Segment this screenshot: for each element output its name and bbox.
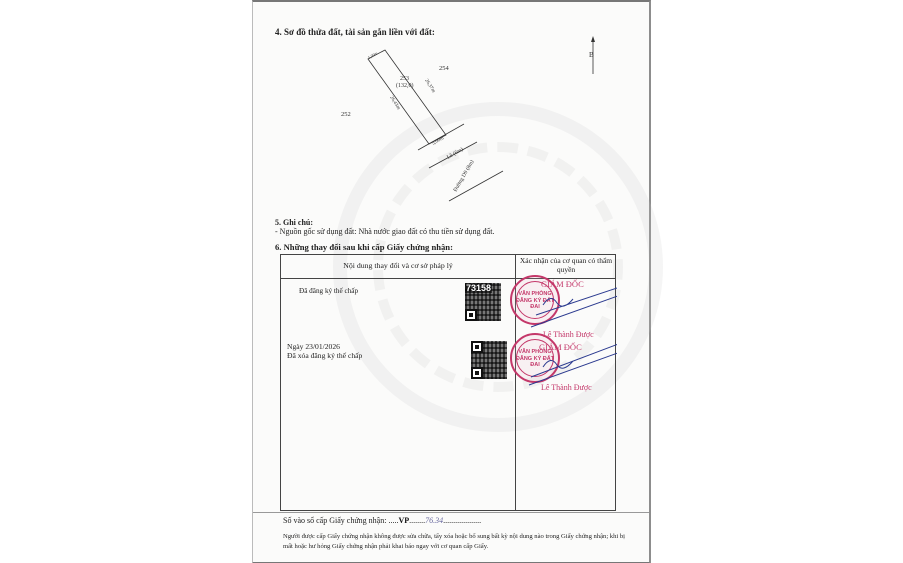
left-length: 26,43m bbox=[388, 95, 400, 111]
top-width: 5,00m bbox=[367, 50, 380, 61]
section-5-note: - Nguồn gốc sử dụng đất: Nhà nước giao đ… bbox=[275, 227, 494, 236]
land-plot-diagram: B 5,00m 253 (132,0) 26,37m 26,43m 5,00m … bbox=[253, 2, 649, 217]
registry-label: Số vào sổ cấp Giấy chứng nhận: bbox=[283, 516, 386, 525]
warning-note: Người được cấp Giấy chứng nhận không đượ… bbox=[283, 532, 633, 551]
signatures bbox=[281, 255, 617, 512]
registry-number: 76.34 bbox=[425, 516, 443, 525]
registry-prefix: VP bbox=[398, 516, 409, 525]
sidewalk-label: Lề (6m) bbox=[446, 146, 465, 161]
parcel-area: (132,0) bbox=[396, 82, 414, 89]
section-5-title: 5. Ghi chú: bbox=[275, 218, 313, 227]
neighbor-left: 252 bbox=[341, 111, 351, 118]
bottom-width: 5,00m bbox=[432, 136, 446, 147]
north-label: B bbox=[589, 51, 594, 59]
section-6-title: 6. Những thay đổi sau khi cấp Giấy chứng… bbox=[275, 242, 453, 252]
right-length: 26,37m bbox=[423, 78, 435, 94]
certificate-page: 4. Sơ đồ thửa đất, tài sản gắn liền với … bbox=[252, 0, 651, 563]
changes-table: Nội dung thay đổi và cơ sở pháp lý Xác n… bbox=[280, 254, 616, 511]
neighbor-right: 254 bbox=[439, 65, 450, 72]
parcel-number: 253 bbox=[400, 76, 409, 82]
registry-number-line: Số vào sổ cấp Giấy chứng nhận: .....VP..… bbox=[283, 516, 481, 525]
